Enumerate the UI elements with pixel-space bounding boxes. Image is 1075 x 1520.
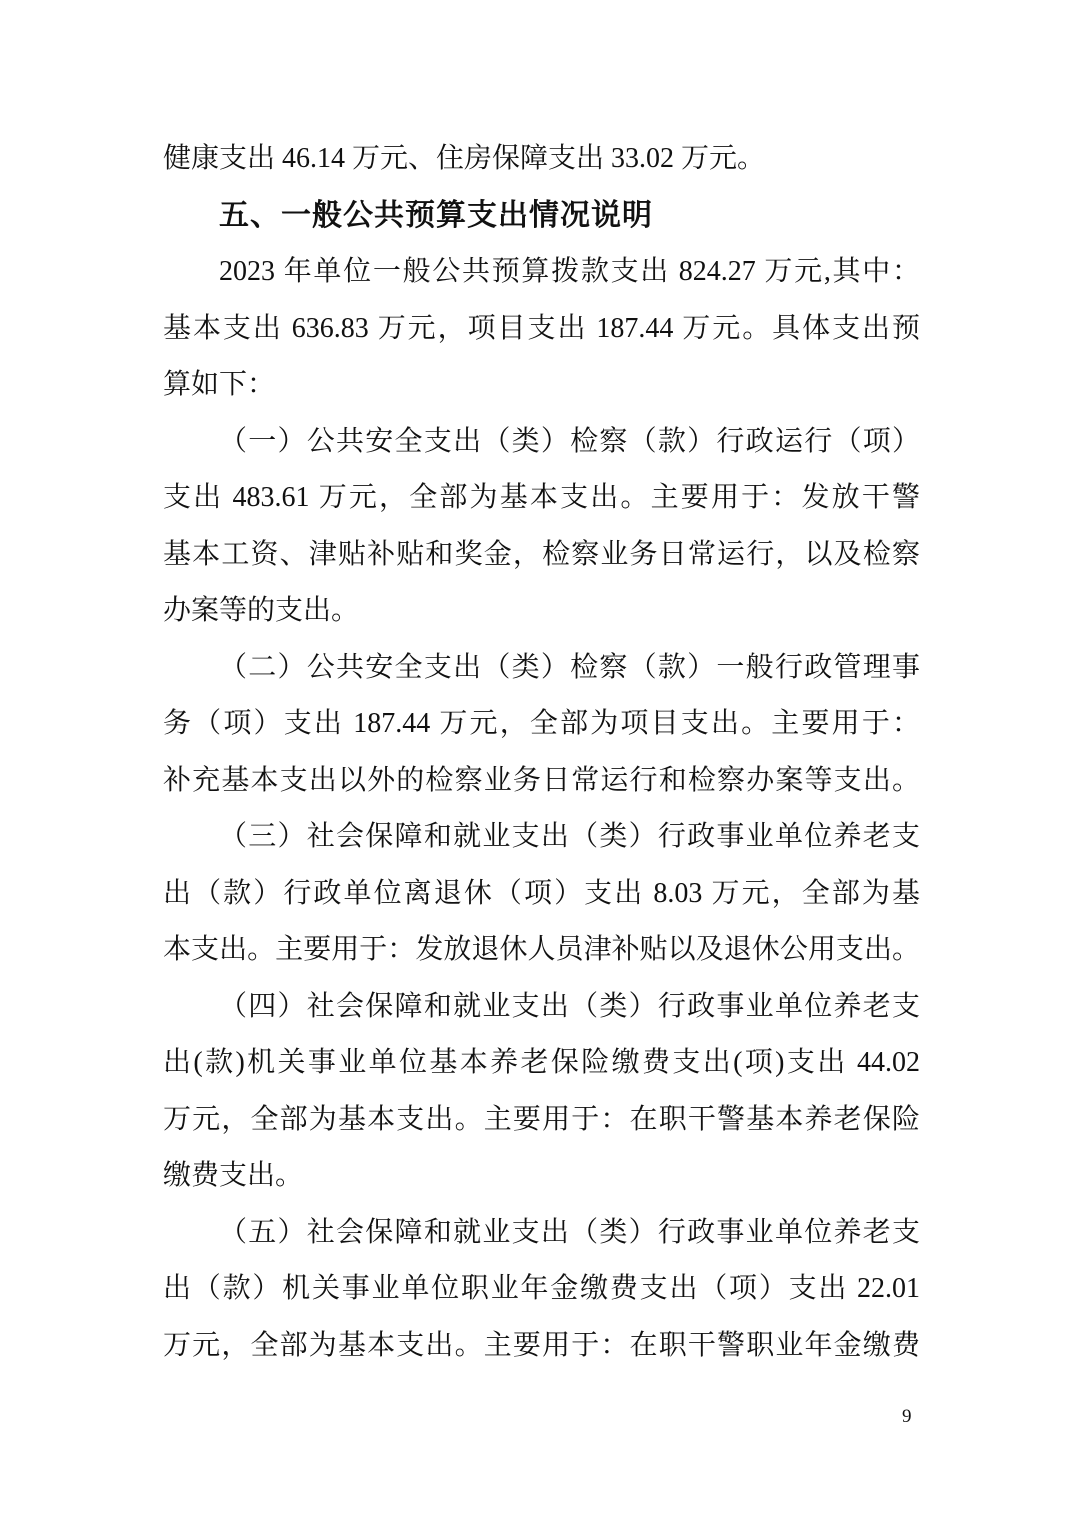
text-line-11: 务（项）支出 187.44 万元，全部为项目支出。主要用于： bbox=[163, 696, 920, 753]
document-body: 健康支出 46.14 万元、住房保障支出 33.02 万元。 五、一般公共预算支… bbox=[163, 131, 920, 1374]
text-line-8: 基本工资、津贴补贴和奖金，检察业务日常运行，以及检察 bbox=[163, 527, 920, 584]
text-line-21: 出（款）机关事业单位职业年金缴费支出（项）支出 22.01 bbox=[163, 1261, 920, 1318]
text-line-13: （三）社会保障和就业支出（类）行政事业单位养老支 bbox=[163, 809, 920, 866]
text-line-1: 健康支出 46.14 万元、住房保障支出 33.02 万元。 bbox=[163, 131, 920, 188]
section-heading: 五、一般公共预算支出情况说明 bbox=[163, 188, 920, 245]
text-line-3: 2023 年单位一般公共预算拨款支出 824.27 万元,其中： bbox=[163, 244, 920, 301]
text-line-7: 支出 483.61 万元，全部为基本支出。主要用于：发放干警 bbox=[163, 470, 920, 527]
text-line-15: 本支出。主要用于：发放退休人员津补贴以及退休公用支出。 bbox=[163, 922, 920, 979]
text-line-19: 缴费支出。 bbox=[163, 1148, 920, 1205]
text-line-6: （一）公共安全支出（类）检察（款）行政运行（项） bbox=[163, 414, 920, 471]
text-line-16: （四）社会保障和就业支出（类）行政事业单位养老支 bbox=[163, 979, 920, 1036]
text-line-9: 办案等的支出。 bbox=[163, 583, 920, 640]
text-line-12: 补充基本支出以外的检察业务日常运行和检察办案等支出。 bbox=[163, 753, 920, 810]
page-number: 9 bbox=[902, 1405, 912, 1429]
text-line-4: 基本支出 636.83 万元，项目支出 187.44 万元。具体支出预 bbox=[163, 301, 920, 358]
text-line-14: 出（款）行政单位离退休（项）支出 8.03 万元，全部为基 bbox=[163, 866, 920, 923]
text-line-10: （二）公共安全支出（类）检察（款）一般行政管理事 bbox=[163, 640, 920, 697]
text-line-20: （五）社会保障和就业支出（类）行政事业单位养老支 bbox=[163, 1205, 920, 1262]
text-line-22: 万元，全部为基本支出。主要用于：在职干警职业年金缴费 bbox=[163, 1318, 920, 1375]
text-line-5: 算如下： bbox=[163, 357, 920, 414]
text-line-18: 万元，全部为基本支出。主要用于：在职干警基本养老保险 bbox=[163, 1092, 920, 1149]
text-line-17: 出(款)机关事业单位基本养老保险缴费支出(项)支出 44.02 bbox=[163, 1035, 920, 1092]
document-page: 健康支出 46.14 万元、住房保障支出 33.02 万元。 五、一般公共预算支… bbox=[0, 0, 1075, 1520]
